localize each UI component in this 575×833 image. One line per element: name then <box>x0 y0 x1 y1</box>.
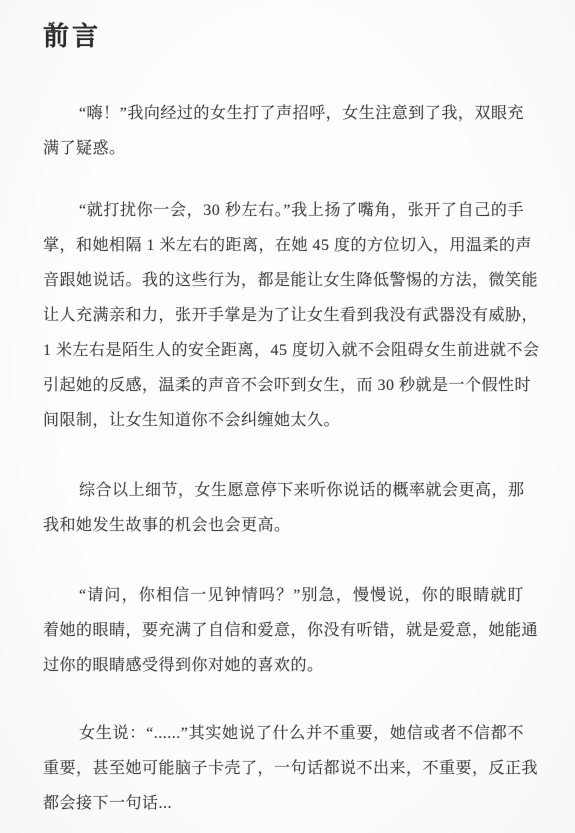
text-line: “请问，你相信一见钟情吗？”别急，慢慢说，你的眼睛就盯 <box>43 578 524 613</box>
text-line: 掌，和她相隔 1 米左右的距离，在她 45 度的方位切入，用温柔的声 <box>43 228 524 263</box>
text-line: 1 米左右是陌生人的安全距离，45 度切入就不会阻碍女生前进就不会 <box>43 333 524 368</box>
text-line: 满了疑惑。 <box>43 131 524 166</box>
paragraph-4: “请问，你相信一见钟情吗？”别急，慢慢说，你的眼睛就盯 着她的眼睛，要充满了自信… <box>43 578 524 683</box>
text-line: 重要，甚至她可能脑子卡壳了，一句话都说不出来，不重要，反正我 <box>43 751 524 786</box>
text-line: 间限制，让女生知道你不会纠缠她太久。 <box>43 403 524 438</box>
text-line: 我和她发生故事的机会也会更高。 <box>43 508 524 543</box>
text-line: 都会接下一句话... <box>43 786 524 821</box>
text-line: 过你的眼睛感受得到你对她的喜欢的。 <box>43 648 524 683</box>
text-line: “嗨！”我向经过的女生打了声招呼，女生注意到了我，双眼充 <box>43 96 524 131</box>
text-line: 音跟她说话。我的这些行为，都是能让女生降低警惕的方法，微笑能 <box>43 263 524 298</box>
text-line: 引起她的反感，温柔的声音不会吓到女生，而 30 秒就是一个假性时 <box>43 368 524 403</box>
page-corner-artifact <box>46 23 59 34</box>
artifact-stroke <box>48 21 55 26</box>
document-page: 前言 “嗨！”我向经过的女生打了声招呼，女生注意到了我，双眼充 满了疑惑。 “就… <box>0 0 575 833</box>
artifact-stroke <box>51 28 55 33</box>
text-line: 让人充满亲和力，张开手掌是为了让女生看到我没有武器没有威胁， <box>43 298 524 333</box>
text-line: 着她的眼睛，要充满了自信和爱意，你没有听错，就是爱意，她能通 <box>43 613 524 648</box>
paragraph-2: “就打扰你一会，30 秒左右。”我上扬了嘴角，张开了自己的手 掌，和她相隔 1 … <box>43 193 524 438</box>
paragraph-1: “嗨！”我向经过的女生打了声招呼，女生注意到了我，双眼充 满了疑惑。 <box>43 96 524 166</box>
text-line: 综合以上细节，女生愿意停下来听你说话的概率就会更高，那 <box>43 473 524 508</box>
text-line: “就打扰你一会，30 秒左右。”我上扬了嘴角，张开了自己的手 <box>43 193 524 228</box>
text-line: 女生说：“......”其实她说了什么并不重要，她信或者不信都不 <box>43 716 524 751</box>
paragraph-5: 女生说：“......”其实她说了什么并不重要，她信或者不信都不 重要，甚至她可… <box>43 716 524 821</box>
page-title: 前言 <box>43 20 524 54</box>
paragraph-3: 综合以上细节，女生愿意停下来听你说话的概率就会更高，那 我和她发生故事的机会也会… <box>43 473 524 543</box>
